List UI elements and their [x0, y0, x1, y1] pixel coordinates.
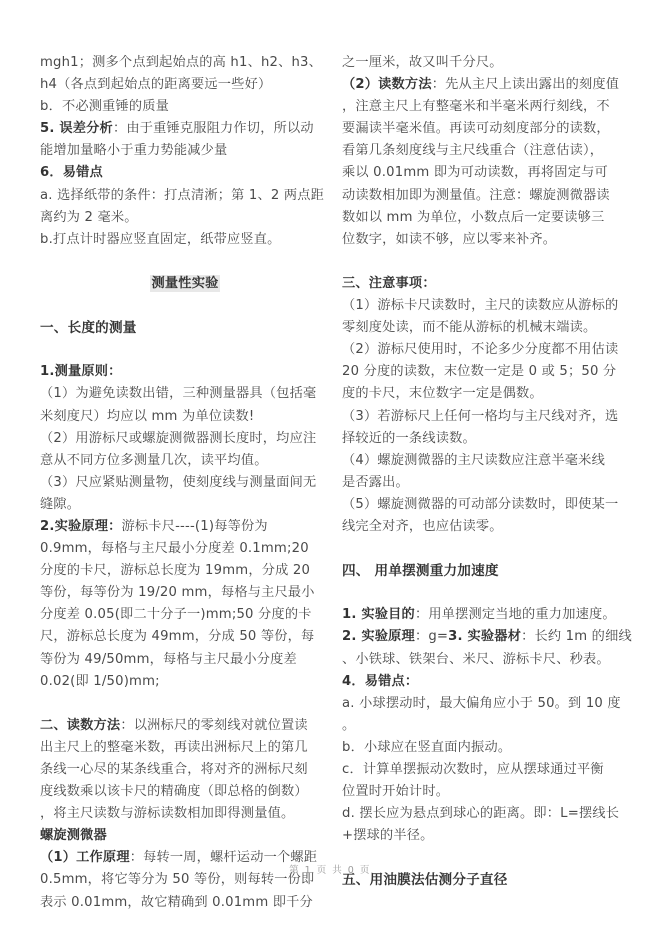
text-line: 、小铁球、铁架台、米尺、游标卡尺、秒表。	[342, 649, 632, 671]
text-line: 0.9mm，每格与主尺最小分度差 0.1mm;20	[40, 538, 330, 560]
text-line: 等份为 49/50mm，每格与主尺最小分度差	[40, 649, 330, 671]
text-line: a. 选择纸带的条件：打点清淅；第 1、2 两点距	[40, 185, 330, 207]
text-line: 要漏读半毫米值。再读可动刻度部分的读数，	[342, 118, 632, 140]
text-line: 度的卡尺，末位数字一定是偶数。	[342, 383, 632, 405]
text-line: 1. 实验目的：用单摆测定当地的重力加速度。	[342, 604, 632, 626]
text-line: （2）用游标尺或螺旋测微器测长度时，均应注	[40, 428, 330, 450]
heading-notes: 三、注意事项：	[342, 273, 632, 295]
text-line: ，注意主尺上有整毫米和半毫米两行刻线，不	[342, 96, 632, 118]
right-column: 之一厘米，故又叫千分尺。 （2）读数方法：先从主尺上读出露出的刻度值 ，注意主尺…	[342, 52, 632, 892]
text-line: b.打点计时器应竖直固定，纸带应竖直。	[40, 229, 330, 251]
text-line: 缝隙。	[40, 494, 330, 516]
page-footer: 第 1 页 共 0 页	[0, 862, 660, 876]
section-title: 测量性实验	[40, 273, 330, 295]
text-line: 度线数乘以该卡尺的精确度（即总格的倒数）	[40, 781, 330, 803]
text-line: 2. 实验原理：g=3. 实验器材：长约 1m 的细线	[342, 626, 632, 648]
text-line: h4（各点到起始点的距离要远一些好）	[40, 74, 330, 96]
text-line: 尺，游标总长度为 49mm，分成 50 等份，每	[40, 626, 330, 648]
text-line: mgh1；测多个点到起始点的高 h1、h2、h3、	[40, 52, 330, 74]
text-line: 线完全对齐，也应估读零。	[342, 516, 632, 538]
text-line: 零刻度处读，而不能从游标的机械末端读。	[342, 317, 632, 339]
text-line: a. 小球摆动时，最大偏角应小于 50。到 10 度	[342, 693, 632, 715]
text-line: 条线一心尽的某条线重合，将对齐的洲标尺刻	[40, 759, 330, 781]
text-line: 位置时开始计时。	[342, 781, 632, 803]
text-line: （1）为避免读数出错，三种测量器具（包括毫	[40, 383, 330, 405]
text-line: 20 分度的读数，末位数一定是 0 或 5；50 分	[342, 361, 632, 383]
text-line: 数如以 mm 为单位，小数点后一定要读够三	[342, 207, 632, 229]
text-line: 意从不同方位多测量几次，读平均值。	[40, 450, 330, 472]
text-line: （1）游标卡尺读数时，主尺的读数应从游标的	[342, 295, 632, 317]
text-line: 二、读数方法：以洲标尺的零刻线对就位置读	[40, 715, 330, 737]
text-line: 离约为 2 毫米。	[40, 207, 330, 229]
text-line: （2）读数方法：先从主尺上读出露出的刻度值	[342, 74, 632, 96]
text-line: 表示 0.01mm，故它精确到 0.01mm 即千分	[40, 892, 330, 914]
heading-length-measurement: 一、长度的测量	[40, 317, 330, 339]
text-line: 5. 误差分析：由于重锤克服阻力作切，所以动	[40, 118, 330, 140]
text-line: d. 摆长应为悬点到球心的距离。即：L=摆线长	[342, 803, 632, 825]
text-line: 乘以 0.01mm 即为可动读数，再将固定与可	[342, 162, 632, 184]
text-line: 能增加量略小于重力势能减少量	[40, 140, 330, 162]
text-line: 。	[342, 715, 632, 737]
text-line: 0.02(即 1/50)mm;	[40, 671, 330, 693]
text-line: b．小球应在竖直面内振动。	[342, 737, 632, 759]
text-line: （5）螺旋测微器的可动部分读数时，即使某一	[342, 494, 632, 516]
text-line: 出主尺上的整毫米数，再读出洲标尺上的第几	[40, 737, 330, 759]
text-line: （2）游标尺使用时，不论多少分度都不用估读	[342, 339, 632, 361]
text-line: 位数字，如读不够，应以零来补齐。	[342, 229, 632, 251]
text-line: 看第几条刻度线与主尺线重合（注意估读），	[342, 140, 632, 162]
text-line: 是否露出。	[342, 472, 632, 494]
subheading-principle: 1.测量原则：	[40, 361, 330, 383]
subheading-errors: 4．易错点：	[342, 671, 632, 693]
subheading-micrometer: 螺旋测微器	[40, 825, 330, 847]
subheading: 6．易错点	[40, 162, 330, 184]
text-line: 动读数相加即为测量值。注意：螺旋测微器读	[342, 185, 632, 207]
left-column: mgh1；测多个点到起始点的高 h1、h2、h3、 h4（各点到起始点的距离要远…	[40, 52, 330, 914]
text-line: 米刻度尺）均应以 mm 为单位读数!	[40, 406, 330, 428]
text-line: 择较近的一条线读数。	[342, 428, 632, 450]
text-line: b．不必测重锤的质量	[40, 96, 330, 118]
text-line: 2.实验原理：游标卡尺----(1)每等份为	[40, 516, 330, 538]
text-line: 分度差 0.05(即二十分子一)mm;50 分度的卡	[40, 604, 330, 626]
text-line: 等份，每等份为 19/20 mm，每格与主尺最小	[40, 582, 330, 604]
text-line: （4）螺旋测微器的主尺读数应注意半毫米线	[342, 450, 632, 472]
text-line: +摆球的半径。	[342, 825, 632, 847]
text-line: 之一厘米，故又叫千分尺。	[342, 52, 632, 74]
document-page: mgh1；测多个点到起始点的高 h1、h2、h3、 h4（各点到起始点的距离要远…	[0, 0, 660, 934]
heading-pendulum: 四、 用单摆测重力加速度	[342, 560, 632, 582]
text-line: 分度的卡尺，游标总长度为 19mm，分成 20	[40, 560, 330, 582]
text-line: c．计算单摆振动次数时，应从摆球通过平衡	[342, 759, 632, 781]
text-line: （3）若游标尺上任何一格均与主尺线对齐，选	[342, 406, 632, 428]
text-line: ，将主尺读数与游标读数相加即得测量值。	[40, 803, 330, 825]
text-line: （3）尺应紧贴测量物，使刻度线与测量面间无	[40, 472, 330, 494]
